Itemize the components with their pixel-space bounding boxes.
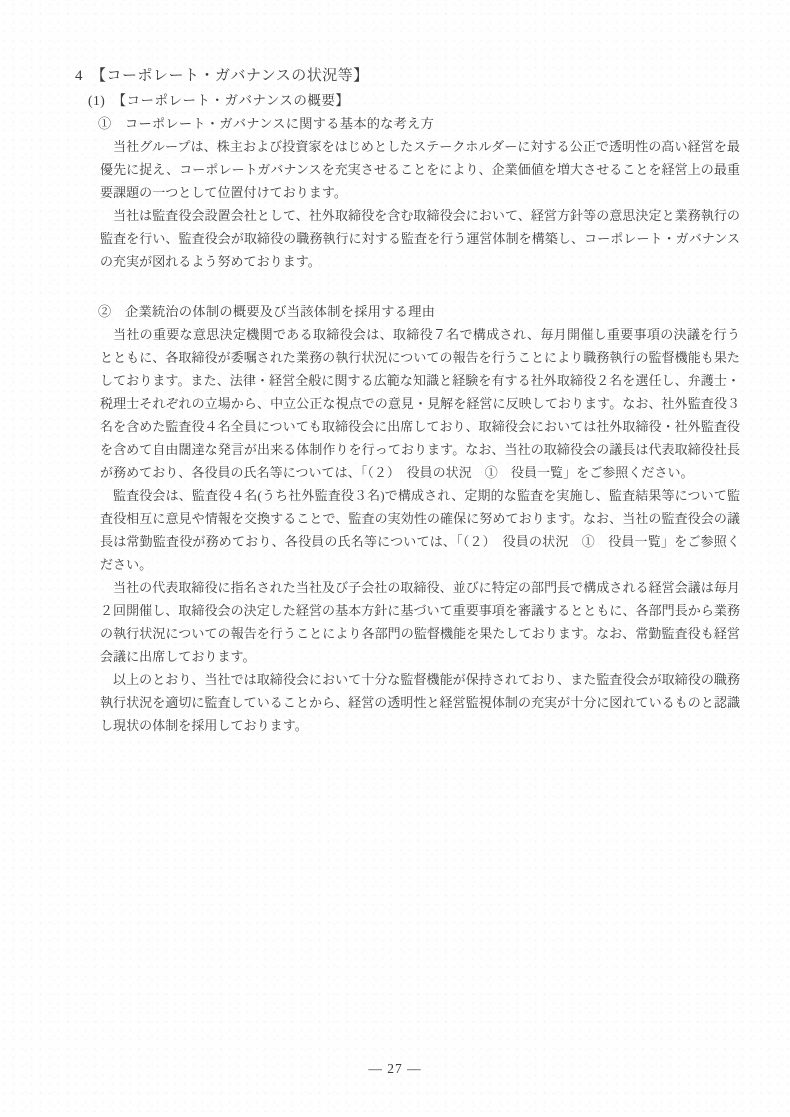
item2-paragraph-2: 監査役会は、監査役４名(うち社外監査役３名)で構成され、定期的な監査を実施し、監… bbox=[100, 484, 740, 576]
item1-paragraph-2: 当社は監査役会設置会社として、社外取締役を含む取締役会において、経営方針等の意思… bbox=[100, 204, 740, 273]
item1-heading: ① コーポレート・ガバナンスに関する基本的な考え方 bbox=[98, 112, 790, 135]
item2-paragraph-3: 当社の代表取締役に指名された当社及び子会社の取締役、並びに特定の部門長で構成され… bbox=[100, 576, 740, 668]
subsection-heading: (1) 【コーポレート・ガバナンスの概要】 bbox=[88, 89, 790, 112]
section-heading: 4 【コーポレート・ガバナンスの状況等】 bbox=[75, 64, 790, 89]
item2-paragraph-1: 当社の重要な意思決定機関である取締役会は、取締役７名で構成され、毎月開催し重要事… bbox=[100, 323, 740, 484]
item2-paragraph-4: 以上のとおり、当社では取締役会において十分な監督機能が保持されており、また監査役… bbox=[100, 668, 740, 737]
item1-paragraph-1: 当社グループは、株主および投資家をはじめとしたステークホルダーに対する公正で透明… bbox=[100, 135, 740, 204]
page-number: ― 27 ― bbox=[0, 1061, 790, 1077]
page-content: 4 【コーポレート・ガバナンスの状況等】 (1) 【コーポレート・ガバナンスの概… bbox=[0, 0, 790, 737]
document-page: 4 【コーポレート・ガバナンスの状況等】 (1) 【コーポレート・ガバナンスの概… bbox=[0, 0, 790, 1117]
item2-heading: ② 企業統治の体制の概要及び当該体制を採用する理由 bbox=[98, 300, 790, 323]
